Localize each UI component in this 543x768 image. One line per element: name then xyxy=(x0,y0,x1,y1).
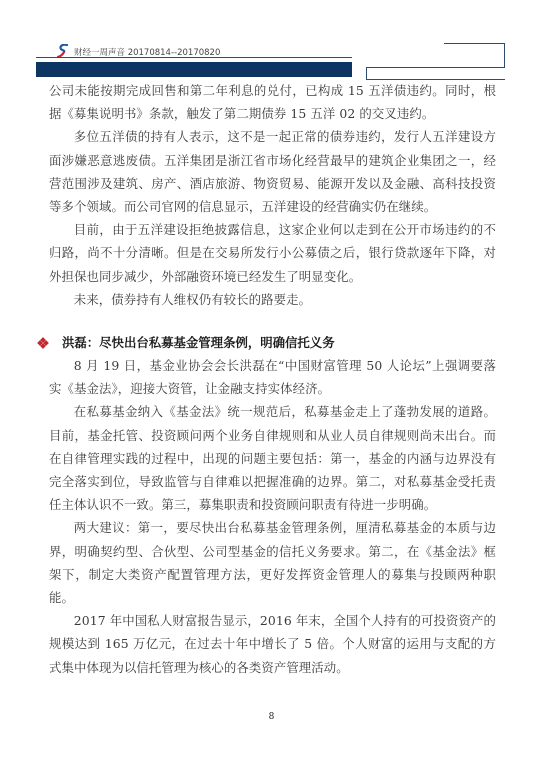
header-frame-right xyxy=(504,43,505,67)
section-heading: 洪磊：尽快出台私募基金管理条例，明确信托义务 xyxy=(49,331,496,354)
page-header: 财经一周声音 20170814--20170820 xyxy=(0,0,543,82)
page-number: 8 xyxy=(0,712,543,722)
paragraph: 多位五洋债的持有人表示，这不是一起正常的债券违约，发行人五洋建设方面涉嫌恶意逃废… xyxy=(49,125,496,218)
header-rule xyxy=(36,57,352,58)
paragraph: 2017 年中国私人财富报告显示，2016 年末，全国个人持有的可投资资产的规模… xyxy=(49,609,496,679)
paragraph: 未来，债券持有人维权仍有较长的路要走。 xyxy=(49,288,496,311)
document-body: 公司未能按期完成回售和第二年利息的兑付，已构成 15 五洋债违约。同时，根据《募… xyxy=(49,79,496,679)
red-diamond-bullet-icon xyxy=(38,338,48,348)
paragraph: 公司未能按期完成回售和第二年利息的兑付，已构成 15 五洋债违约。同时，根据《募… xyxy=(49,79,496,125)
paragraph: 目前，由于五洋建设拒绝披露信息，这家企业何以走到在公开市场违约的不归路，尚不十分… xyxy=(49,218,496,288)
header-accent-bar xyxy=(36,62,352,77)
paragraph: 两大建议：第一，要尽快出台私募基金管理条例，厘清私募基金的本质与边界，明确契约型… xyxy=(49,516,496,609)
brand-s-logo-icon xyxy=(57,44,69,58)
paragraph: 8 月 19 日，基金业协会会长洪磊在“中国财富管理 50 人论坛”上强调要落实… xyxy=(49,354,496,400)
section-heading-text: 洪磊：尽快出台私募基金管理条例，明确信托义务 xyxy=(62,331,335,354)
header-frame-top xyxy=(444,43,504,44)
paragraph: 在私募基金纳入《基金法》统一规范后，私募基金走上了蓬勃发展的道路。目前，基金托管… xyxy=(49,400,496,516)
